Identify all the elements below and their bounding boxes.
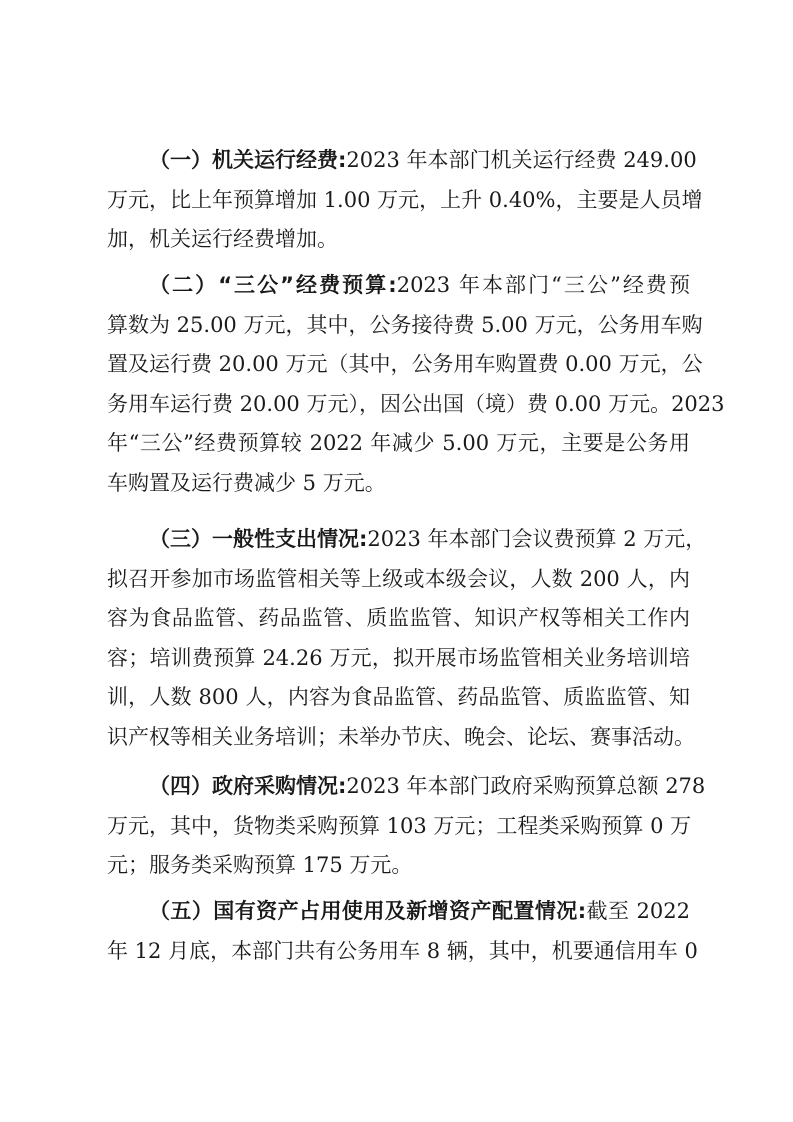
paragraph-line: 车购置及运行费减少 5 万元。 [107,464,690,504]
line-text: 2023 年本部门“三公”经费预 [397,273,690,297]
paragraph-line: 年“三公”经费预算较 2022 年减少 5.00 万元，主要是公务用 [107,424,690,464]
line-text: 2023 年本部门政府采购预算总额 278 [346,774,705,798]
paragraph-line: 元；服务类采购预算 175 万元。 [107,846,690,886]
paragraph-line: 务用车运行费 20.00 万元），因公出国（境）费 0.00 万元。2023 [107,385,690,425]
paragraph-line: （五）国有资产占用使用及新增资产配置情况:截至 2022 [107,892,690,932]
paragraph-line: 万元，其中，货物类采购预算 103 万元；工程类采购预算 0 万 [107,807,690,847]
line-text: 2023 年本部门会议费预算 2 万元， [367,527,706,551]
paragraph-line: 拟召开参加市场监管相关等上级或本级会议，人数 200 人，内 [107,560,690,600]
paragraph-line: （四）政府采购情况:2023 年本部门政府采购预算总额 278 [107,767,690,807]
paragraph-line: （一）机关运行经费:2023 年本部门机关运行经费 249.00 [107,141,690,181]
paragraph-line: （二）“三公”经费预算:2023 年本部门“三公”经费预 [107,266,690,306]
paragraph-line: 万元，比上年预算增加 1.00 万元，上升 0.40%，主要是人员增 [107,181,690,221]
paragraph-line: 加，机关运行经费增加。 [107,220,690,260]
section-heading: （一）机关运行经费: [149,148,346,172]
section-heading: （二）“三公”经费预算: [149,273,397,297]
section-three-public-expenses: （二）“三公”经费预算:2023 年本部门“三公”经费预 算数为 25.00 万… [107,266,690,504]
section-general-expenditure: （三）一般性支出情况:2023 年本部门会议费预算 2 万元， 拟召开参加市场监… [107,520,690,758]
paragraph-line: 识产权等相关业务培训；未举办节庆、晚会、论坛、赛事活动。 [107,718,690,758]
section-heading: （四）政府采购情况: [149,774,346,798]
document-page: （一）机关运行经费:2023 年本部门机关运行经费 249.00 万元，比上年预… [0,0,793,1122]
section-operating-expenses: （一）机关运行经费:2023 年本部门机关运行经费 249.00 万元，比上年预… [107,141,690,260]
paragraph-line: 置及运行费 20.00 万元（其中，公务用车购置费 0.00 万元，公 [107,345,690,385]
section-state-assets: （五）国有资产占用使用及新增资产配置情况:截至 2022 年 12 月底，本部门… [107,892,690,971]
paragraph-line: 容为食品监管、药品监管、质监监管、知识产权等相关工作内 [107,599,690,639]
paragraph-line: 训，人数 800 人，内容为食品监管、药品监管、质监监管、知 [107,678,690,718]
section-heading: （五）国有资产占用使用及新增资产配置情况: [149,899,586,923]
paragraph-line: 算数为 25.00 万元，其中，公务接待费 5.00 万元，公务用车购 [107,306,690,346]
paragraph-line: 年 12 月底，本部门共有公务用车 8 辆，其中，机要通信用车 0 [107,932,690,972]
section-heading: （三）一般性支出情况: [149,527,367,551]
section-government-procurement: （四）政府采购情况:2023 年本部门政府采购预算总额 278 万元，其中，货物… [107,767,690,886]
paragraph-line: 容；培训费预算 24.26 万元，拟开展市场监管相关业务培训培 [107,639,690,679]
line-text: 截至 2022 [586,899,690,923]
paragraph-line: （三）一般性支出情况:2023 年本部门会议费预算 2 万元， [107,520,690,560]
line-text: 2023 年本部门机关运行经费 249.00 [346,148,696,172]
